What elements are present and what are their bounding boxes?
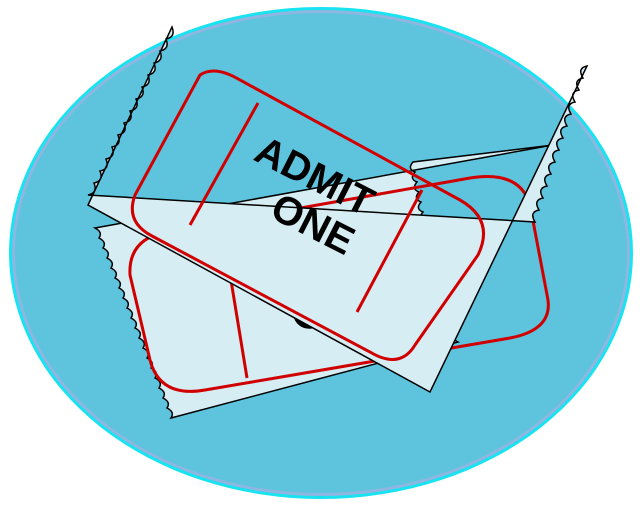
- tickets-illustration: O ADMIT ONE: [0, 0, 640, 506]
